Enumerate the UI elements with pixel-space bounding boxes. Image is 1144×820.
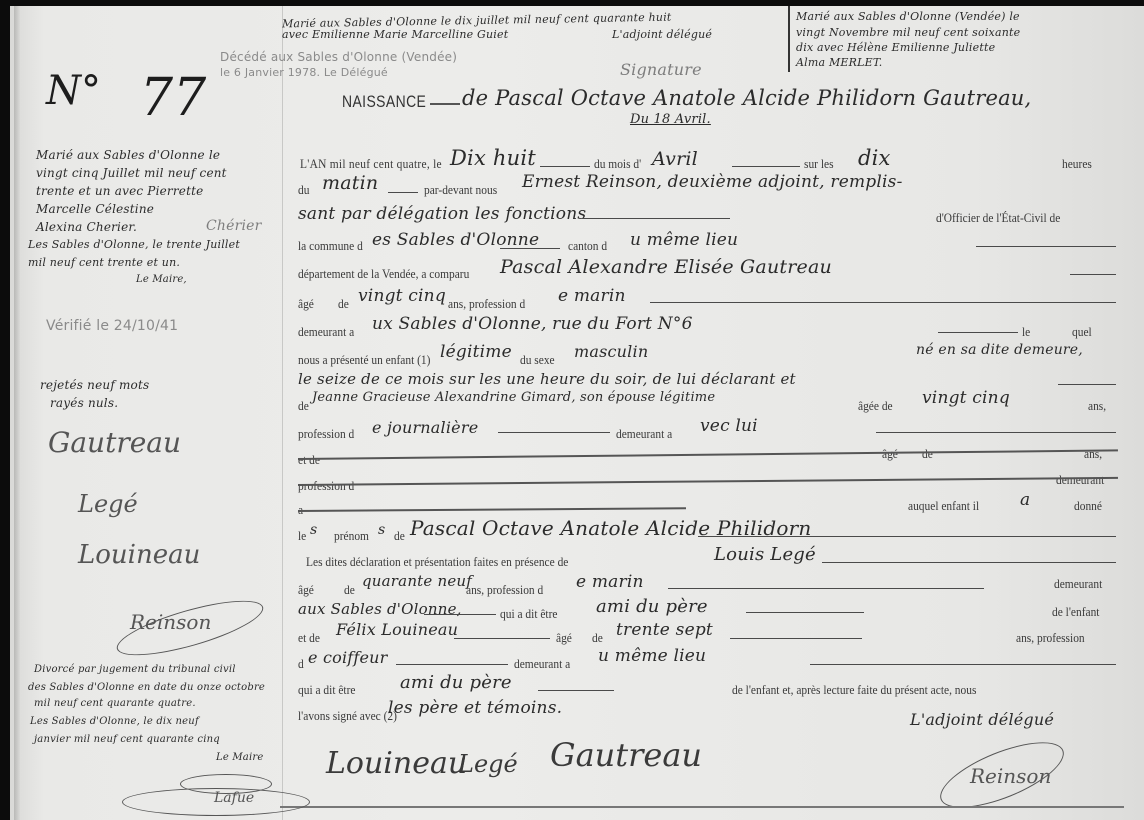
rule — [396, 664, 508, 665]
l16-p1: Les dites déclaration et présentation fa… — [306, 554, 568, 570]
margin-divorce-line4: Les Sables d'Olonne, le dix neuf — [30, 716, 199, 727]
l6-p2: de — [338, 296, 349, 312]
l6-age: vingt cinq — [358, 286, 446, 306]
l19-p1: et de — [298, 630, 320, 646]
l15-plural-2: s — [378, 522, 385, 538]
l11-mother-profession: e journalière — [372, 418, 478, 437]
l1-p2: du mois d' — [594, 156, 641, 172]
l11-p1: profession d — [298, 426, 354, 442]
l22-p1: l'avons signé avec (2) — [298, 708, 397, 724]
l1-hour: dix — [858, 146, 891, 170]
signature-lege: Legé — [458, 750, 518, 778]
l13-p2: demeurant — [1056, 472, 1104, 488]
record-title-printed: NAISSANCE — [342, 92, 426, 112]
strike-line-13 — [298, 477, 1118, 486]
margin-marriage-line2: vingt cinq Juillet mil neuf cent — [36, 166, 227, 180]
l8-sex: masculin — [574, 342, 648, 361]
margin-divorce-line2: des Sables d'Olonne en date du onze octo… — [28, 682, 265, 693]
l1-p3: sur les — [804, 156, 834, 172]
rule — [876, 432, 1116, 433]
l4-p1: la commune d — [298, 238, 363, 254]
l18-witness-1-residence: aux Sables d'Olonne, — [298, 600, 462, 618]
margin-place-line2: mil neuf cent trente et un. — [28, 256, 180, 269]
margin-marriage-line5: Alexina Cherier. — [36, 220, 137, 234]
annotation-death-line1: Décédé aux Sables d'Olonne (Vendée) — [220, 50, 457, 64]
l18-p1: qui a dit être — [500, 606, 558, 622]
l18-witness-1-relation: ami du père — [596, 596, 708, 617]
officer-title: L'adjoint délégué — [910, 710, 1054, 729]
strike-line-14 — [298, 507, 686, 512]
margin-signature-gautreau: Gautreau — [48, 426, 181, 459]
rule — [1058, 384, 1116, 385]
l8-birthplace: né en sa dite demeure, — [916, 342, 1083, 358]
l7-p3: quel — [1072, 324, 1092, 340]
l19-p2: âgé — [556, 630, 572, 646]
annotation-marriage-2-line1: Marié aux Sables d'Olonne (Vendée) le — [796, 10, 1020, 23]
l4-commune: es Sables d'Olonne — [372, 230, 539, 250]
l20-p1: d — [298, 656, 304, 672]
margin-divorce-line5: janvier mil neuf cent quarante cinq — [34, 734, 220, 745]
l14-verb: a — [1020, 490, 1030, 510]
margin-place-line1: Les Sables d'Olonne, le trente Juillet — [28, 238, 240, 251]
rule — [822, 562, 1116, 563]
signature-louineau: Louineau — [326, 746, 467, 781]
l21-p2: de l'enfant et, après lecture faite du p… — [732, 682, 976, 698]
margin-marriage-line4: Marcelle Célestine — [36, 202, 154, 216]
l13-p1: profession d — [298, 478, 354, 494]
l12-p3: de — [922, 446, 933, 462]
rule — [668, 588, 984, 589]
margin-rejected-line1: rejetés neuf mots — [40, 378, 149, 392]
l8-p2: du sexe — [520, 352, 555, 368]
l17-witness-1-profession: e marin — [576, 572, 644, 592]
l10-p3: ans, — [1088, 398, 1106, 414]
l7-p2: le — [1022, 324, 1030, 340]
rule — [976, 246, 1116, 247]
l16-witness-1: Louis Legé — [714, 544, 816, 565]
l19-witness-2-age: trente sept — [616, 620, 713, 640]
rule — [540, 166, 590, 167]
annotation-marriage-2-line3: dix avec Hélène Emilienne Juliette — [796, 41, 995, 54]
l10-p1: de — [298, 398, 309, 414]
l10-p2: âgée de — [858, 398, 893, 414]
l10-mother: Jeanne Gracieuse Alexandrine Gimard, son… — [312, 390, 715, 405]
annotation-marriage-2-line4: Alma MERLET. — [796, 56, 882, 69]
annotation-marriage-1-line2: avec Emilienne Marie Marcelline Guiet — [282, 28, 508, 41]
rule — [500, 248, 560, 249]
margin-rule — [282, 6, 283, 820]
record-number: 77 — [140, 68, 206, 128]
rule — [732, 166, 800, 167]
rule — [582, 218, 730, 219]
l15-plural: s — [310, 522, 317, 538]
margin-divorce-signature: Lafue — [214, 790, 254, 806]
l17-p4: demeurant — [1054, 576, 1102, 592]
rule — [698, 536, 1116, 537]
annotation-divider — [788, 6, 790, 72]
register-page: N° 77 Marié aux Sables d'Olonne le dix j… — [10, 6, 1144, 820]
l12-p4: ans, — [1084, 446, 1102, 462]
l21-p1: qui a dit être — [298, 682, 356, 698]
margin-marriage-line3: trente et un avec Pierrette — [36, 184, 203, 198]
rule — [938, 332, 1018, 333]
l17-p3: ans, profession d — [466, 582, 543, 598]
rule — [388, 192, 418, 193]
annotation-death-line2: le 6 Janvier 1978. Le Délégué — [220, 66, 388, 79]
margin-signature-louineau: Louineau — [78, 540, 200, 570]
annotation-marriage-1-sign: L'adjoint délégué — [612, 28, 712, 41]
l14-p2: auquel enfant il — [908, 498, 979, 514]
l12-p1: et de — [298, 452, 320, 468]
l4-canton: u même lieu — [630, 230, 738, 250]
l18-p2: de l'enfant — [1052, 604, 1099, 620]
l6-p1: âgé — [298, 296, 314, 312]
l5-p1: département de la Vendée, a comparu — [298, 266, 469, 282]
l12-p2: âgé — [882, 446, 898, 462]
l2-officer: Ernest Reinson, deuxième adjoint, rempli… — [522, 172, 903, 192]
record-title-name: de Pascal Octave Anatole Alcide Philidor… — [462, 86, 1031, 110]
l20-witness-2-profession: e coiffeur — [308, 648, 388, 667]
l15-p1: le — [298, 528, 306, 544]
strike-line-12 — [298, 449, 1118, 460]
margin-verified: Vérifié le 24/10/41 — [46, 318, 178, 334]
l8-p1: nous a présenté un enfant (1) — [298, 352, 430, 368]
l17-p2: de — [344, 582, 355, 598]
margin-correction: Chérier — [206, 218, 262, 234]
margin-divorce-mayor: Le Maire — [216, 752, 263, 763]
annotation-marriage-2-line2: vingt Novembre mil neuf cent soixante — [796, 26, 1020, 39]
closing-rule — [280, 806, 1124, 808]
l3-p1: d'Officier de l'État-Civil de — [936, 210, 1060, 226]
record-title-date: Du 18 Avril. — [630, 112, 711, 127]
l1-day: Dix huit — [450, 146, 536, 170]
title-strike — [430, 103, 460, 105]
l14-p3: donné — [1074, 498, 1102, 514]
l6-p3: ans, profession d — [448, 296, 525, 312]
l5-declarant: Pascal Alexandre Elisée Gautreau — [500, 256, 832, 278]
l4-p2: canton d — [568, 238, 607, 254]
l2-time-of-day: matin — [322, 172, 378, 194]
rule — [650, 302, 1116, 303]
l1-p4: heures — [1062, 156, 1092, 172]
margin-divorce-line3: mil neuf cent quarante quatre. — [34, 698, 196, 709]
l1-month: Avril — [652, 148, 698, 170]
l22-signatories: les père et témoins. — [388, 698, 562, 718]
l3-delegation: sant par délégation les fonctions — [298, 204, 586, 224]
l2-p1: du — [298, 182, 309, 198]
rule — [1070, 274, 1116, 275]
rule — [730, 638, 862, 639]
record-number-label: N° — [46, 68, 101, 114]
l1-p1: L'AN mil neuf cent quatre, le — [300, 156, 442, 172]
rule — [424, 614, 496, 615]
l9-birth-time: le seize de ce mois sur les une heure du… — [298, 370, 796, 388]
margin-marriage-line1: Marié aux Sables d'Olonne le — [36, 148, 220, 162]
rule — [454, 638, 550, 639]
rule — [538, 690, 614, 691]
margin-signature-lege: Legé — [78, 490, 138, 518]
l11-mother-residence: vec lui — [700, 416, 758, 436]
annotation-marriage-1-signature: Signature — [620, 60, 702, 79]
l10-mother-age: vingt cinq — [922, 388, 1010, 408]
rule — [498, 432, 610, 433]
l11-p2: demeurant a — [616, 426, 672, 442]
l21-witness-2-relation: ami du père — [400, 672, 512, 693]
l15-p2: prénom — [334, 528, 369, 544]
margin-rejected-line2: rayés nuls. — [50, 396, 118, 410]
signature-gautreau: Gautreau — [550, 736, 702, 774]
l17-witness-1-age: quarante neuf — [362, 572, 472, 590]
rule — [746, 612, 864, 613]
l20-witness-2-residence: u même lieu — [598, 646, 706, 666]
l8-legitimacy: légitime — [440, 342, 512, 362]
l7-p1: demeurant a — [298, 324, 354, 340]
l2-p2: par-devant nous — [424, 182, 497, 198]
rule — [810, 664, 1116, 665]
l17-p1: âgé — [298, 582, 314, 598]
l7-address: ux Sables d'Olonne, rue du Fort N°6 — [372, 314, 693, 334]
l6-profession: e marin — [558, 286, 626, 306]
l19-witness-2: Félix Louineau — [336, 620, 458, 639]
l19-p3: de — [592, 630, 603, 646]
l15-p3: de — [394, 528, 405, 544]
l20-p2: demeurant a — [514, 656, 570, 672]
margin-divorce-line1: Divorcé par jugement du tribunal civil — [34, 664, 236, 675]
l19-p4: ans, profession — [1016, 630, 1085, 646]
margin-mayor: Le Maire, — [136, 274, 187, 285]
